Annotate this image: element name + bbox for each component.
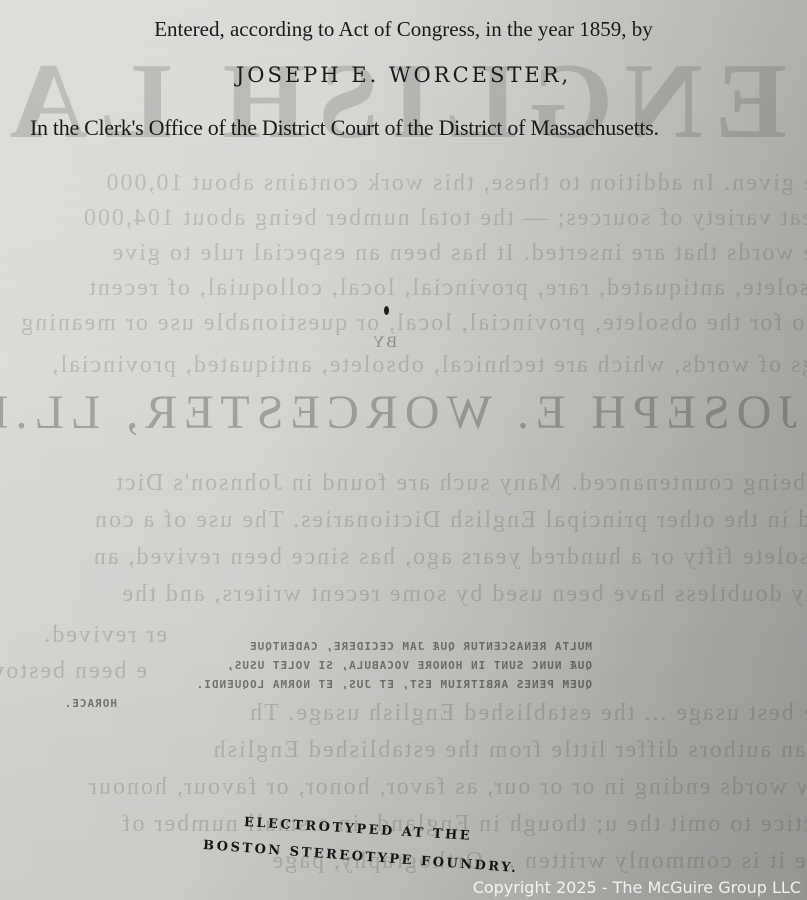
printer-line-1: ELECTROTYPED AT THE [244, 815, 473, 844]
bleed-line: and in the other principal English Dicti… [93, 507, 807, 534]
bleed-author: JOSEPH E. WORCESTER, LL.D. [0, 385, 797, 440]
bleed-line: the words that are inserted. It has been… [111, 240, 807, 267]
bleed-line: e been bestow [0, 658, 147, 685]
bleed-line: ings of words, which are technical, obso… [51, 352, 807, 379]
epigraph-line: QUEM PENES ARBITRIUM EST, ET JUS, ET NOR… [196, 678, 592, 691]
registrant-name: JOSEPH E. WORCESTER, [0, 63, 807, 87]
bleed-title-fragment: ENGLISH LANGUA [0, 40, 787, 164]
watermark-copyright: Copyright 2025 - The McGuire Group LLC [473, 878, 801, 897]
bleed-line: are given. In addition to these, this wo… [104, 170, 807, 197]
bleed-line: obsolete fifty or a hundred years ago, h… [92, 544, 807, 571]
bleed-line: also for the obsolete, provincial, local… [19, 310, 807, 337]
bleed-line: the best usage ... the established Engli… [248, 700, 807, 727]
bleed-line: obsolete, antiquated, rare, provincial, … [87, 275, 807, 302]
ink-speck [384, 306, 389, 315]
epigraph-line: QUÆ NUNC SUNT IN HONORE VOCABULA, SI VOL… [226, 659, 592, 672]
bleed-line: may doubtless have been used by some rec… [121, 581, 807, 608]
bleed-line: of being countenanced. Many such are fou… [114, 470, 807, 497]
bleed-line: er revived. [42, 622, 167, 649]
clerk-office-line: In the Clerk's Office of the District Co… [30, 115, 659, 141]
bleed-by: BY [371, 334, 397, 352]
bleed-line: great variety of sources; — the total nu… [82, 205, 807, 232]
epigraph-line: MULTA RENASCENTUR QUÆ JAM CECIDERE, CADE… [249, 640, 592, 653]
bleed-line: rican authors differ little from the est… [212, 737, 807, 764]
bleed-line: few words ending in or or our, as favor,… [87, 774, 807, 801]
copyright-entered-line: Entered, according to Act of Congress, i… [0, 17, 807, 42]
epigraph-attribution: HORACE. [64, 697, 117, 710]
